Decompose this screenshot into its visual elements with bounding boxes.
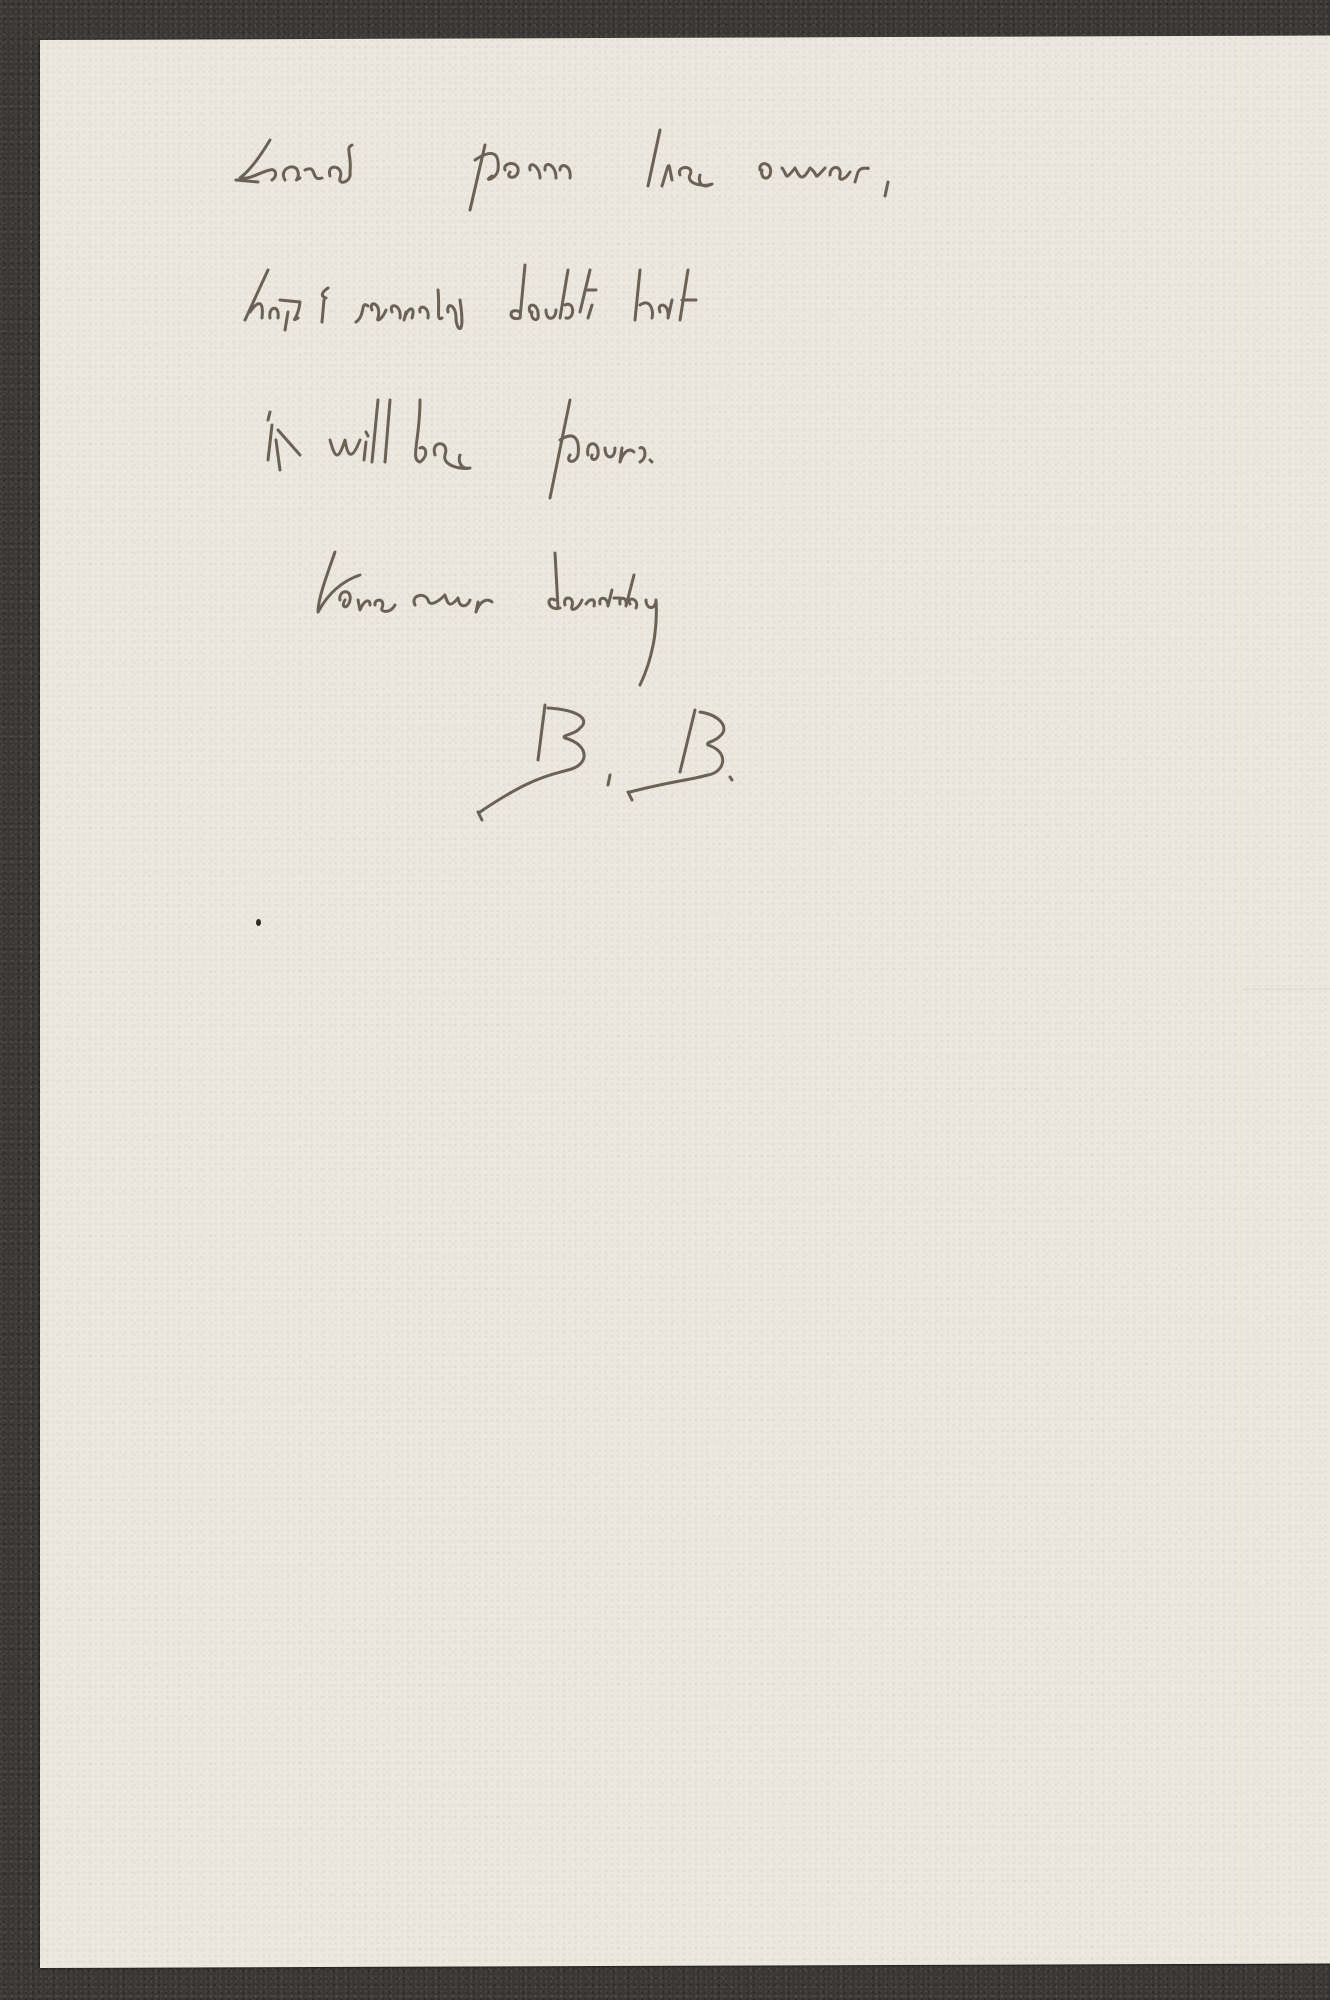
ink-dot [256, 919, 261, 926]
handwritten-text: heard from the owner, but I scarcely dou… [0, 0, 1330, 2000]
